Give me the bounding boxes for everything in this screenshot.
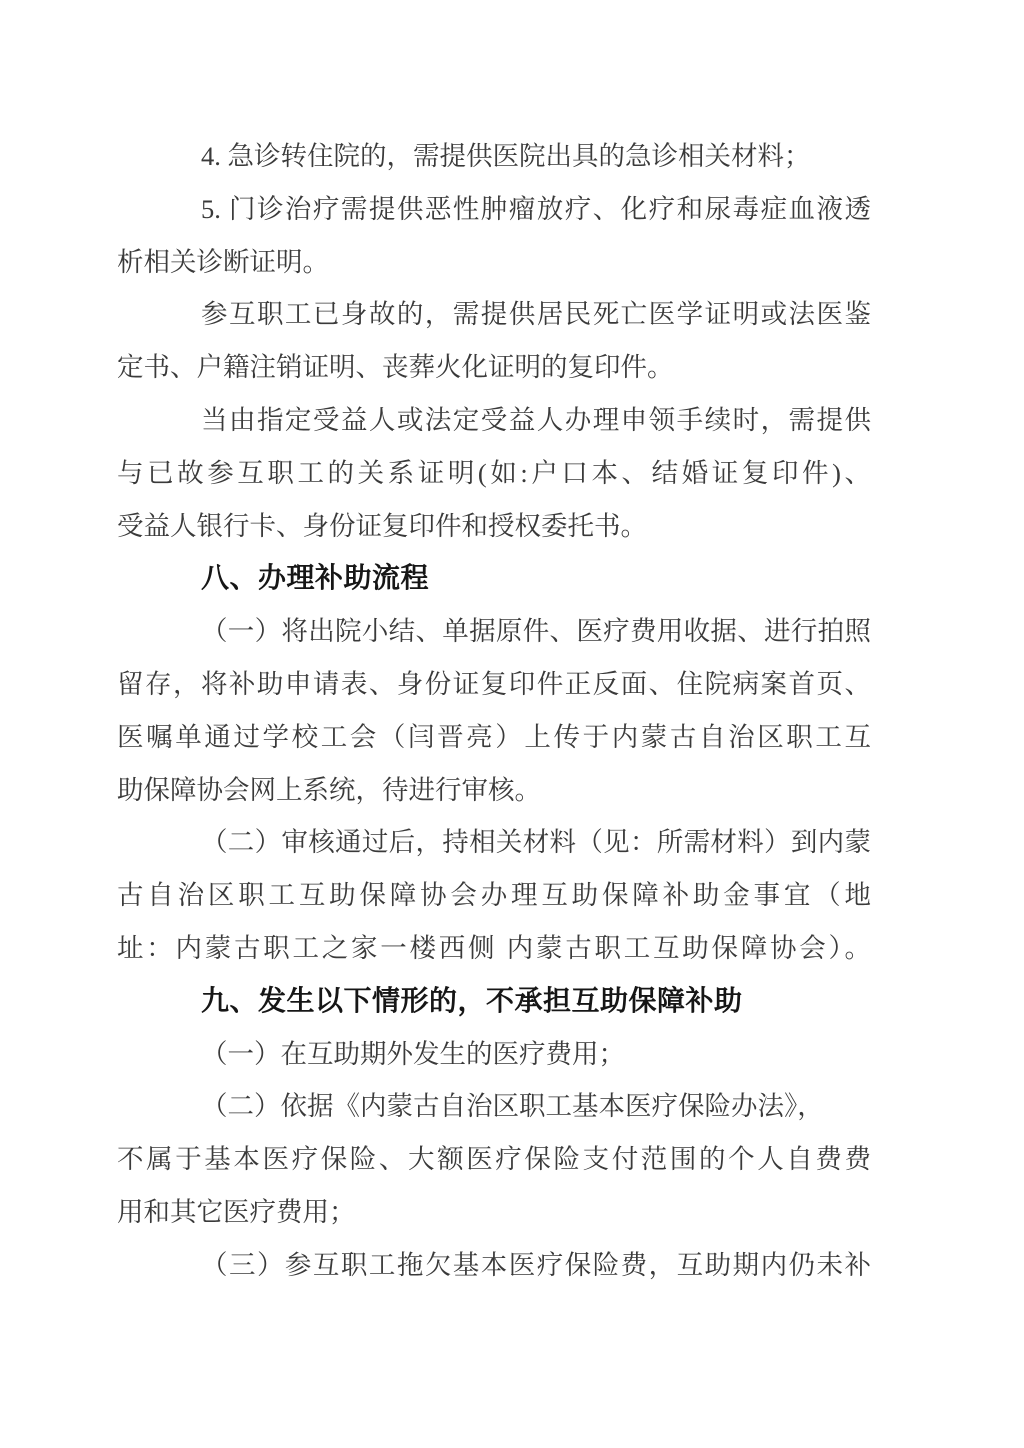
document-line: 4. 急诊转住院的，需提供医院出具的急诊相关材料； — [117, 130, 871, 183]
document-line: 不属于基本医疗保险、大额医疗保险支付范围的个人自费费 — [117, 1133, 871, 1186]
document-line: 当由指定受益人或法定受益人办理申领手续时，需提供 — [117, 394, 871, 447]
document-line: 与已故参互职工的关系证明(如:户口本、结婚证复印件)、 — [117, 447, 871, 500]
document-line: 古自治区职工互助保障协会办理互助保障补助金事宜（地 — [117, 869, 871, 922]
document-line: 留存，将补助申请表、身份证复印件正反面、住院病案首页、 — [117, 658, 871, 711]
document-line: 址：内蒙古职工之家一楼西侧 内蒙古职工互助保障协会）。 — [117, 922, 871, 975]
document-line: 参互职工已身故的，需提供居民死亡医学证明或法医鉴 — [117, 288, 871, 341]
document-line: 医嘱单通过学校工会（闫晋亮）上传于内蒙古自治区职工互 — [117, 711, 871, 764]
document-line: 定书、户籍注销证明、丧葬火化证明的复印件。 — [117, 341, 871, 394]
section-heading: 九、发生以下情形的，不承担互助保障补助 — [117, 975, 871, 1028]
section-heading: 八、办理补助流程 — [117, 552, 871, 605]
document-line: 助保障协会网上系统，待进行审核。 — [117, 764, 871, 817]
document-page: 4. 急诊转住院的，需提供医院出具的急诊相关材料；5. 门诊治疗需提供恶性肿瘤放… — [0, 0, 1024, 1448]
document-line: 5. 门诊治疗需提供恶性肿瘤放疗、化疗和尿毒症血液透 — [117, 183, 871, 236]
document-line: 受益人银行卡、身份证复印件和授权委托书。 — [117, 500, 871, 553]
document-line: （二）依据《内蒙古自治区职工基本医疗保险办法》， — [117, 1080, 871, 1133]
document-line: （一）在互助期外发生的医疗费用； — [117, 1028, 871, 1081]
document-line: 析相关诊断证明。 — [117, 236, 871, 289]
document-line: （一）将出院小结、单据原件、医疗费用收据、进行拍照 — [117, 605, 871, 658]
document-line: 用和其它医疗费用； — [117, 1186, 871, 1239]
document-body: 4. 急诊转住院的，需提供医院出具的急诊相关材料；5. 门诊治疗需提供恶性肿瘤放… — [117, 130, 871, 1292]
document-line: （二）审核通过后，持相关材料（见：所需材料）到内蒙 — [117, 816, 871, 869]
document-line: （三）参互职工拖欠基本医疗保险费，互助期内仍未补 — [117, 1239, 871, 1292]
